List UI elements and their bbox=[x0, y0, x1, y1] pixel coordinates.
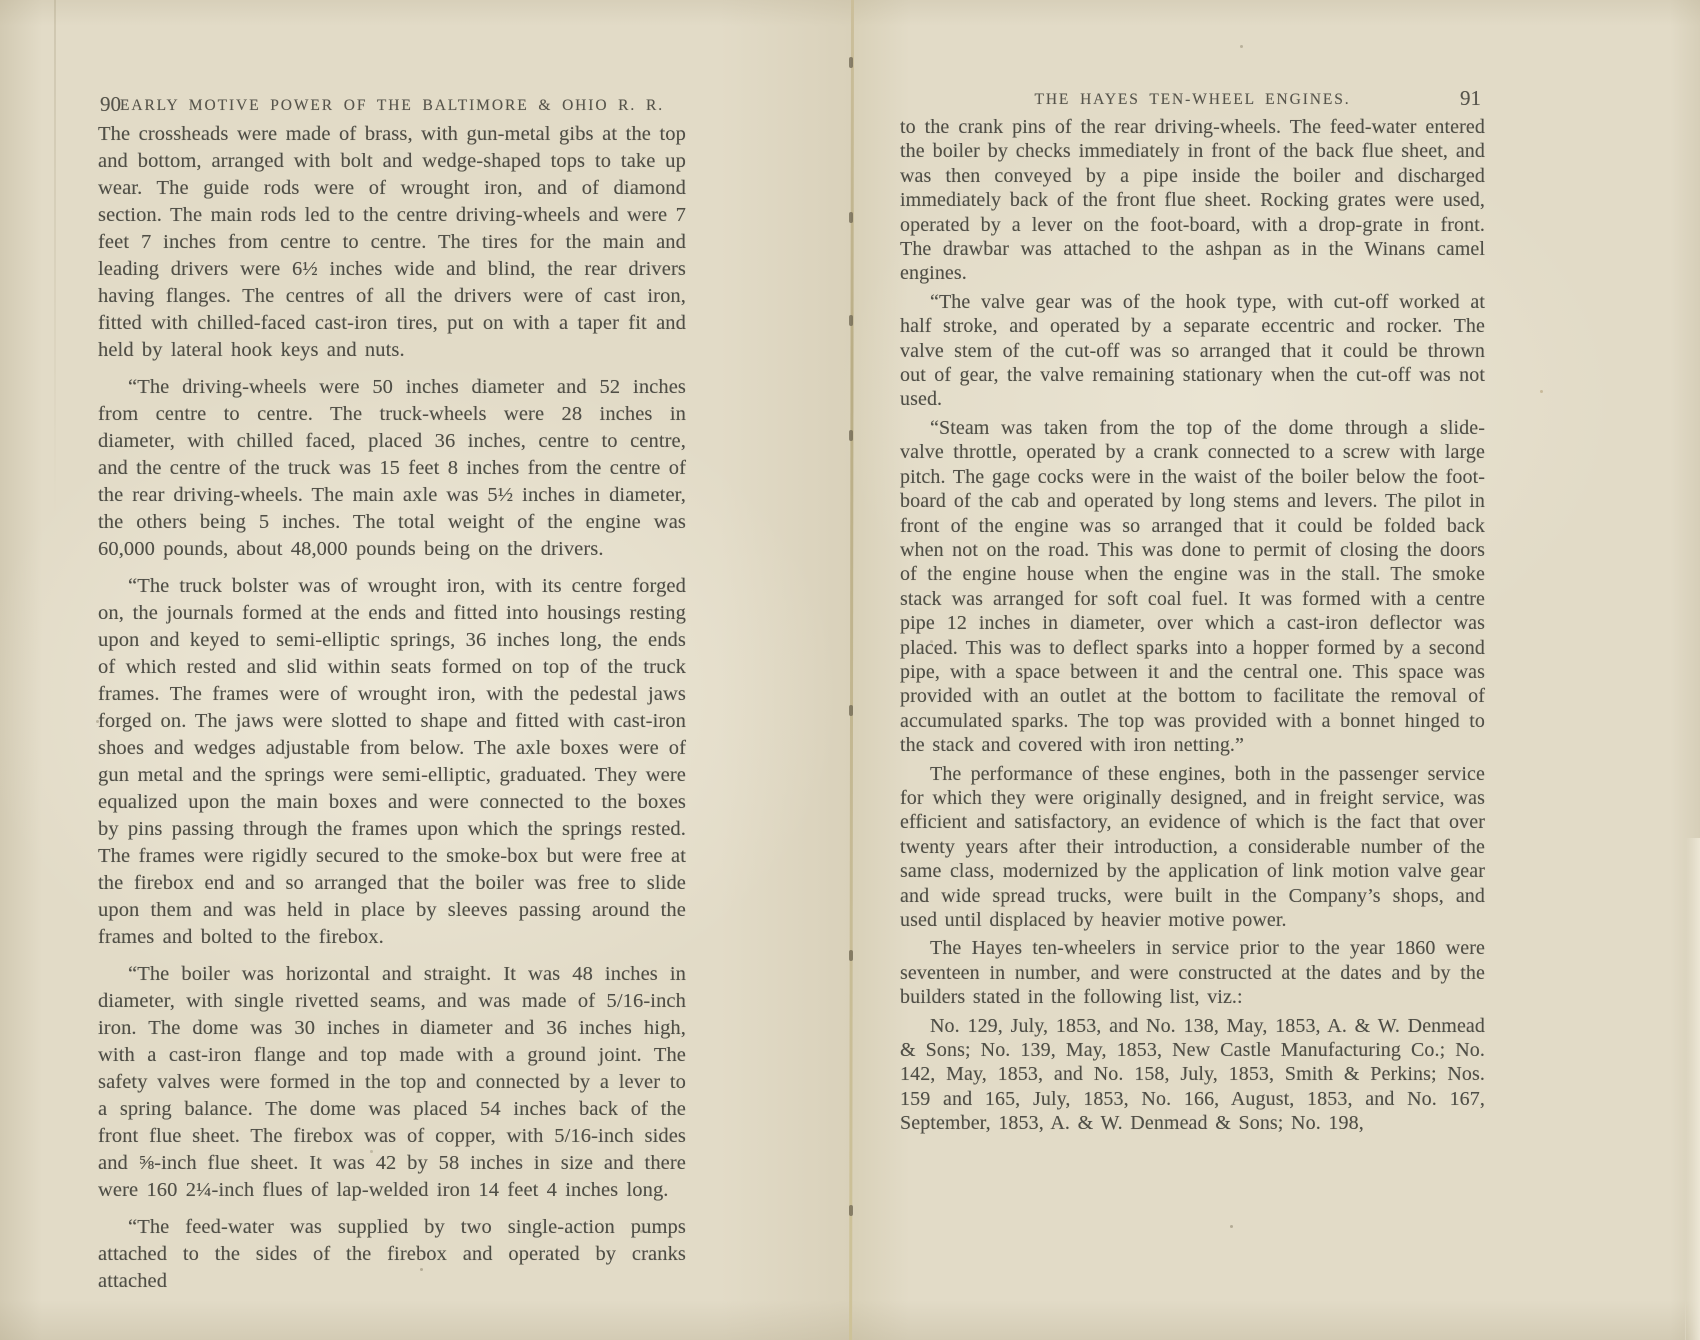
binding-stitches bbox=[849, 57, 853, 68]
page-edge-highlight bbox=[1685, 838, 1700, 1340]
paragraph: No. 129, July, 1853, and No. 138, May, 1… bbox=[900, 1014, 1485, 1136]
paragraph: The performance of these engines, both i… bbox=[900, 762, 1485, 933]
left-page-header: 90 EARLY MOTIVE POWER OF THE BALTIMORE &… bbox=[98, 92, 686, 116]
right-page-header: THE HAYES TEN-WHEEL ENGINES. 91 bbox=[900, 86, 1485, 110]
right-page-number: 91 bbox=[1460, 86, 1481, 111]
paragraph: “Steam was taken from the top of the dom… bbox=[900, 416, 1485, 758]
left-page-body: The crossheads were made of brass, with … bbox=[98, 121, 686, 1295]
binding-fold-line bbox=[849, 0, 854, 1340]
paragraph: The Hayes ten-wheelers in service prior … bbox=[900, 936, 1485, 1009]
paragraph: “The boiler was horizontal and straight.… bbox=[98, 961, 686, 1204]
paragraph: to the crank pins of the rear driving-wh… bbox=[900, 115, 1485, 286]
paragraph: “The feed-water was supplied by two sing… bbox=[98, 1214, 686, 1295]
left-running-header: EARLY MOTIVE POWER OF THE BALTIMORE & OH… bbox=[98, 97, 686, 115]
right-page-body: to the crank pins of the rear driving-wh… bbox=[900, 115, 1485, 1136]
paragraph: “The valve gear was of the hook type, wi… bbox=[900, 290, 1485, 412]
paragraph: The crossheads were made of brass, with … bbox=[98, 121, 686, 364]
paragraph: “The truck bolster was of wrought iron, … bbox=[98, 573, 686, 951]
book-spread: 90 EARLY MOTIVE POWER OF THE BALTIMORE &… bbox=[0, 0, 1700, 1340]
paragraph: “The driving-wheels were 50 inches diame… bbox=[98, 374, 686, 563]
right-running-header: THE HAYES TEN-WHEEL ENGINES. bbox=[900, 91, 1485, 109]
page-crease bbox=[54, 0, 56, 520]
